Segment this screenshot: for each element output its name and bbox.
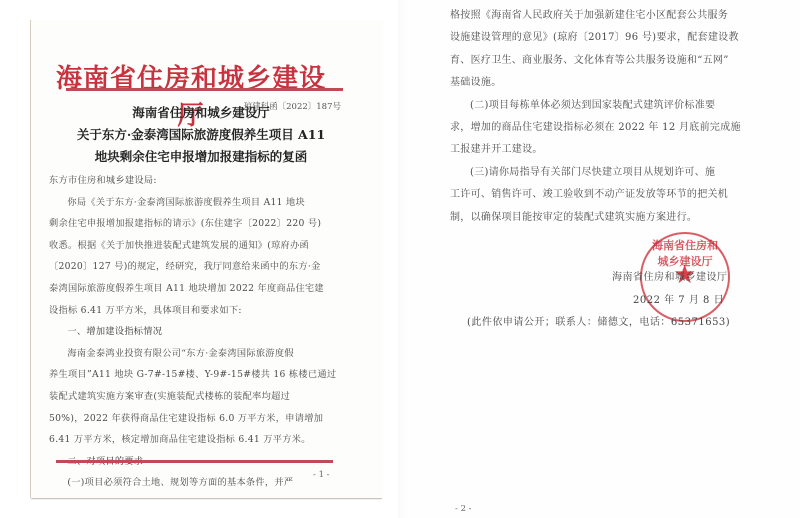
- disclosure-note: (此件依申请公开；联系人：储德文，电话：65371653): [467, 313, 730, 328]
- body-line: 设指标 6.41 万平方米，具体项目和要求如下:: [49, 300, 307, 322]
- body-line: 工报建并开工建设。: [450, 139, 755, 161]
- footer-red-rule: [56, 460, 333, 463]
- body-line: 〔2020〕127 号)的规定，经研究，我厅同意给来函中的东方·金: [49, 256, 307, 278]
- document-page-1: 海南省住房和城乡建设厅 琼建科函〔2022〕187号 海南省住房和城乡建设厅 关…: [30, 20, 383, 498]
- page-number: - 1 -: [313, 470, 330, 480]
- body-line: 你局《关于东方·金泰湾国际旅游度假养生项目 A11 地块: [49, 192, 307, 214]
- sign-date: 2022 年 7 月 8 日: [633, 291, 724, 306]
- page-number: - 2 -: [455, 504, 472, 514]
- body-line: 海南金泰鸿业投资有限公司“东方·金泰湾国际旅游度假: [49, 343, 307, 365]
- body-line: 育、医疗卫生、商业服务、文化体育等公共服务设施和“五网”: [450, 50, 755, 72]
- page2-body: 格按照《海南省人民政府关于加强新建住宅小区配套公共服务 设施建设管理的意见》(琼…: [450, 5, 755, 229]
- body-line: 格按照《海南省人民政府关于加强新建住宅小区配套公共服务: [450, 5, 755, 27]
- subject-line: 地块剩余住宅申报增加报建指标的复函: [51, 146, 351, 168]
- body-line: 求，增加的商品住宅建设指标必须在 2022 年 12 月底前完成施: [450, 117, 755, 139]
- letterhead-red-rule: [66, 88, 343, 91]
- signer-organization: 海南省住房和城乡建设厅: [612, 268, 728, 283]
- body-line: (三)请你局指导有关部门尽快建立项目从规划许可、施: [450, 162, 755, 184]
- body-line: (二)项目每栋单体必须达到国家装配式建筑评价标准要: [450, 95, 755, 117]
- body-line: 收悉。根据《关于加快推进装配式建筑发展的通知》(琼府办函: [49, 235, 307, 257]
- section-heading: 一、增加建设指标情况: [49, 321, 307, 343]
- body-line: 制，以确保项目能按审定的装配式建筑实施方案进行。: [450, 207, 755, 229]
- body-line: 装配式建筑实施方案审查(实施装配式楼栋的装配率均超过: [49, 386, 307, 408]
- addressee: 东方市住房和城乡建设局:: [49, 170, 307, 192]
- subject-line: 关于东方·金泰湾国际旅游度假养生项目 A11: [51, 124, 351, 146]
- page-gap: [398, 0, 408, 518]
- body-line: 设施建设管理的意见》(琼府〔2017〕96 号)要求，配套建设教: [450, 27, 755, 49]
- body-line: (一)项目必须符合土地、规划等方面的基本条件，并严: [49, 472, 307, 494]
- body-line: 养生项目”A11 地块 G-7#-15#楼、Y-9#-15#楼共 16 栋楼已通…: [49, 364, 307, 386]
- subject-line: 海南省住房和城乡建设厅: [51, 102, 351, 124]
- body-line: 剩余住宅申报增加报建指标的请示》(东住建字〔2022〕220 号): [49, 213, 307, 235]
- document-subject: 海南省住房和城乡建设厅 关于东方·金泰湾国际旅游度假养生项目 A11 地块剩余住…: [51, 102, 351, 168]
- body-line: 工许可、销售许可、竣工验收到不动产证发放等环节的把关机: [450, 184, 755, 206]
- body-line: 泰湾国际旅游度假养生项目 A11 地块增加 2022 年度商品住宅建: [49, 278, 307, 300]
- body-line: 基础设施。: [450, 72, 755, 94]
- body-line: 50%)，2022 年获得商品住宅建设指标 6.0 万平方米，申请增加: [49, 408, 307, 430]
- page1-body: 东方市住房和城乡建设局: 你局《关于东方·金泰湾国际旅游度假养生项目 A11 地…: [49, 170, 307, 494]
- body-line: 6.41 万平方米，核定增加商品住宅建设指标 6.41 万平方米。: [49, 429, 307, 451]
